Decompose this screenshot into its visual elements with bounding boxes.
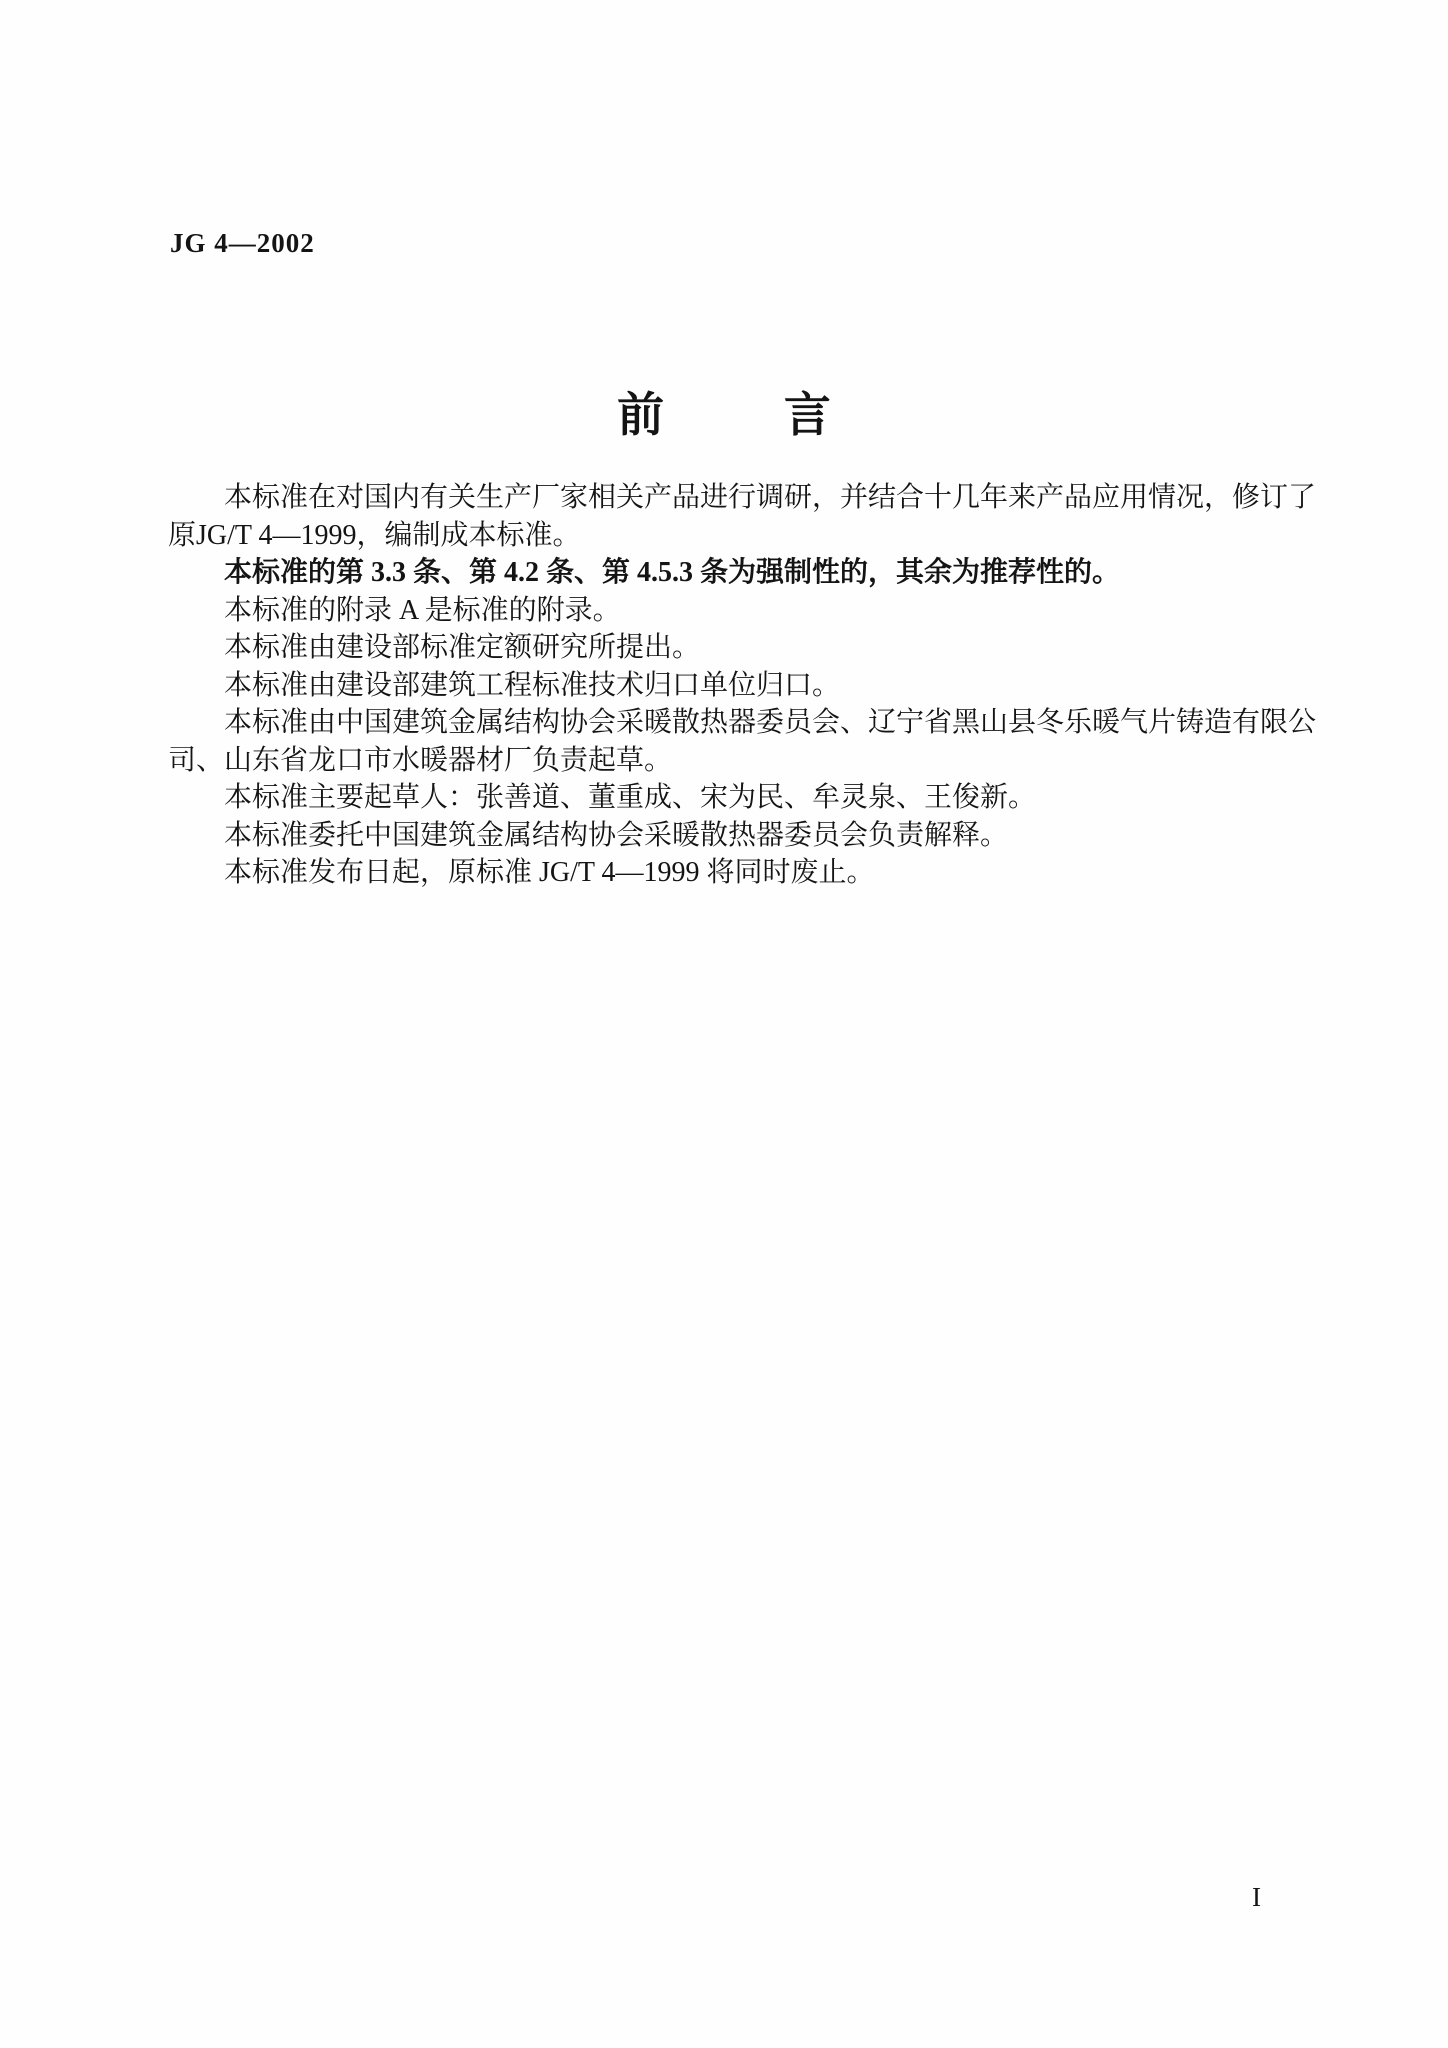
page-title: 前言 (0, 378, 1448, 445)
paragraph: 本标准的附录 A 是标准的附录。 (168, 592, 1316, 630)
paragraph: 本标准由中国建筑金属结构协会采暖散热器委员会、辽宁省黑山县冬乐暖气片铸造有限公司… (168, 704, 1316, 779)
page-title-text: 前言 (617, 390, 951, 442)
foreword-body: 本标准在对国内有关生产厂家相关产品进行调研，并结合十几年来产品应用情况，修订了原… (168, 479, 1316, 892)
paragraph: 本标准由建设部标准定额研究所提出。 (168, 629, 1316, 667)
paragraph: 本标准委托中国建筑金属结构协会采暖散热器委员会负责解释。 (168, 817, 1316, 855)
paragraph: 本标准在对国内有关生产厂家相关产品进行调研，并结合十几年来产品应用情况，修订了原… (168, 479, 1316, 554)
paragraph-mandatory-clauses: 本标准的第 3.3 条、第 4.2 条、第 4.5.3 条为强制性的，其余为推荐… (168, 554, 1316, 592)
page-number: I (1252, 1882, 1261, 1913)
standard-code: JG 4—2002 (170, 228, 315, 259)
paragraph: 本标准发布日起，原标准 JG/T 4—1999 将同时废止。 (168, 854, 1316, 892)
paragraph: 本标准由建设部建筑工程标准技术归口单位归口。 (168, 667, 1316, 705)
document-page: JG 4—2002 前言 本标准在对国内有关生产厂家相关产品进行调研，并结合十几… (0, 0, 1448, 2048)
paragraph: 本标准主要起草人：张善道、董重成、宋为民、牟灵泉、王俊新。 (168, 779, 1316, 817)
